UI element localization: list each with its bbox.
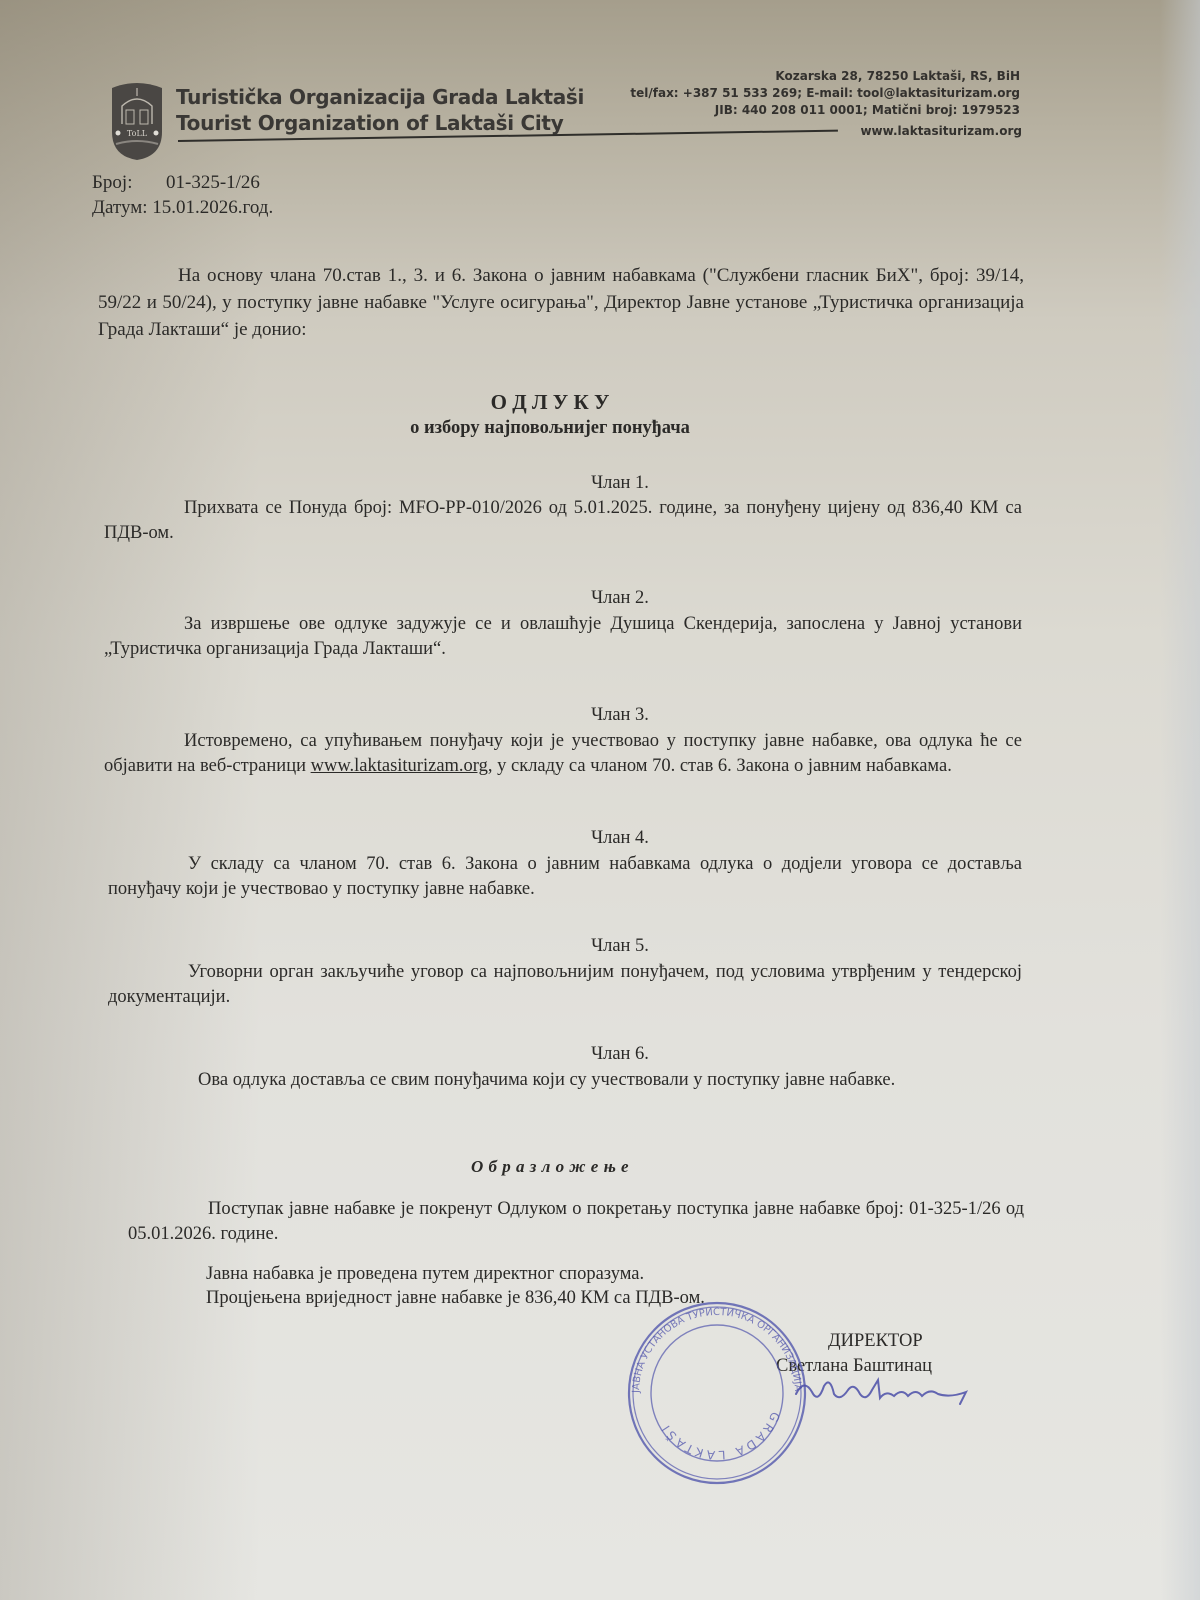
document-number: 01-325-1/26	[166, 172, 260, 193]
crest-logo-icon: ToLL	[108, 80, 166, 162]
phone-email: tel/fax: +387 51 533 269; E-mail: tool@l…	[630, 85, 1020, 102]
org-name-english: Tourist Organization of Laktaši City	[176, 110, 584, 136]
article-2-text: За извршење ове одлуке задужује се и овл…	[104, 612, 1022, 662]
decision-subtitle: о избору најповољнијег понуђача	[300, 418, 800, 439]
website-link-inline[interactable]: www.laktasiturizam.org	[311, 756, 488, 776]
article-4-text: У складу са чланом 70. став 6. Закона о …	[108, 852, 1022, 902]
svg-text:ЈАВНА УСТАНОВА ТУРИСТИЧКА ОРГА: ЈАВНА УСТАНОВА ТУРИСТИЧКА ОРГАНИЗАЦИЈА	[631, 1307, 803, 1394]
article-2-title: Члан 2.	[120, 588, 1120, 609]
organization-name: Turistička Organizacija Grada Laktaši To…	[176, 84, 584, 136]
article-1-title: Члан 1.	[120, 473, 1120, 494]
article-3-title: Члан 3.	[120, 705, 1120, 726]
svg-text:ToLL: ToLL	[127, 129, 148, 138]
official-stamp-icon: ЈАВНА УСТАНОВА ТУРИСТИЧКА ОРГАНИЗАЦИЈА G…	[622, 1298, 812, 1488]
article-5-title: Члан 5.	[120, 936, 1120, 957]
article-6-title: Члан 6.	[120, 1044, 1120, 1065]
reasoning-estimated-value: Процјењена вриједност јавне набавке је 8…	[206, 1286, 1006, 1311]
document-meta: Број:01-325-1/26 Датум: 15.01.2026.год.	[92, 170, 273, 220]
article-1-text: Прихвата се Понуда број: MFO-PP-010/2026…	[104, 496, 1022, 546]
decision-title: О Д Л У К У	[300, 390, 800, 415]
website-link[interactable]: www.laktasiturizam.org	[860, 124, 1022, 138]
svg-text:GRADA LAKTAŠI: GRADA LAKTAŠI	[658, 1410, 783, 1462]
date-label: Датум:	[92, 197, 148, 218]
article-3-text: Истовремено, са упућивањем понуђачу који…	[104, 729, 1022, 779]
number-label: Број:	[92, 170, 166, 195]
article-5-text: Уговорни орган закључиће уговор са најпо…	[108, 960, 1022, 1010]
contact-block: Kozarska 28, 78250 Laktaši, RS, BiH tel/…	[630, 68, 1020, 119]
registration-ids: JIB: 440 208 011 0001; Matični broj: 197…	[630, 102, 1020, 119]
signatory-name: Светлана Баштинац	[776, 1354, 932, 1379]
org-name-local: Turistička Organizacija Grada Laktaši	[176, 84, 584, 110]
signatory-role: ДИРЕКТОР	[828, 1329, 923, 1354]
reasoning-procedure: Јавна набавка је проведена путем директн…	[206, 1262, 1006, 1287]
article-6-text: Ова одлука доставља се свим понуђачима к…	[118, 1068, 1018, 1093]
article-3-text-end: , у складу са чланом 70. став 6. Закона …	[488, 756, 952, 776]
article-4-title: Члан 4.	[120, 828, 1120, 849]
preamble: На основу члана 70.став 1., 3. и 6. Зако…	[98, 262, 1024, 343]
reasoning-paragraph: Поступак јавне набавке је покренут Одлук…	[128, 1197, 1024, 1247]
document-date: 15.01.2026.год.	[152, 197, 273, 218]
document-page: ToLL Turistička Organizacija Grada Lakta…	[0, 0, 1200, 1600]
address: Kozarska 28, 78250 Laktaši, RS, BiH	[630, 68, 1020, 85]
reasoning-title: О б р а з л о ж е њ е	[300, 1157, 800, 1177]
